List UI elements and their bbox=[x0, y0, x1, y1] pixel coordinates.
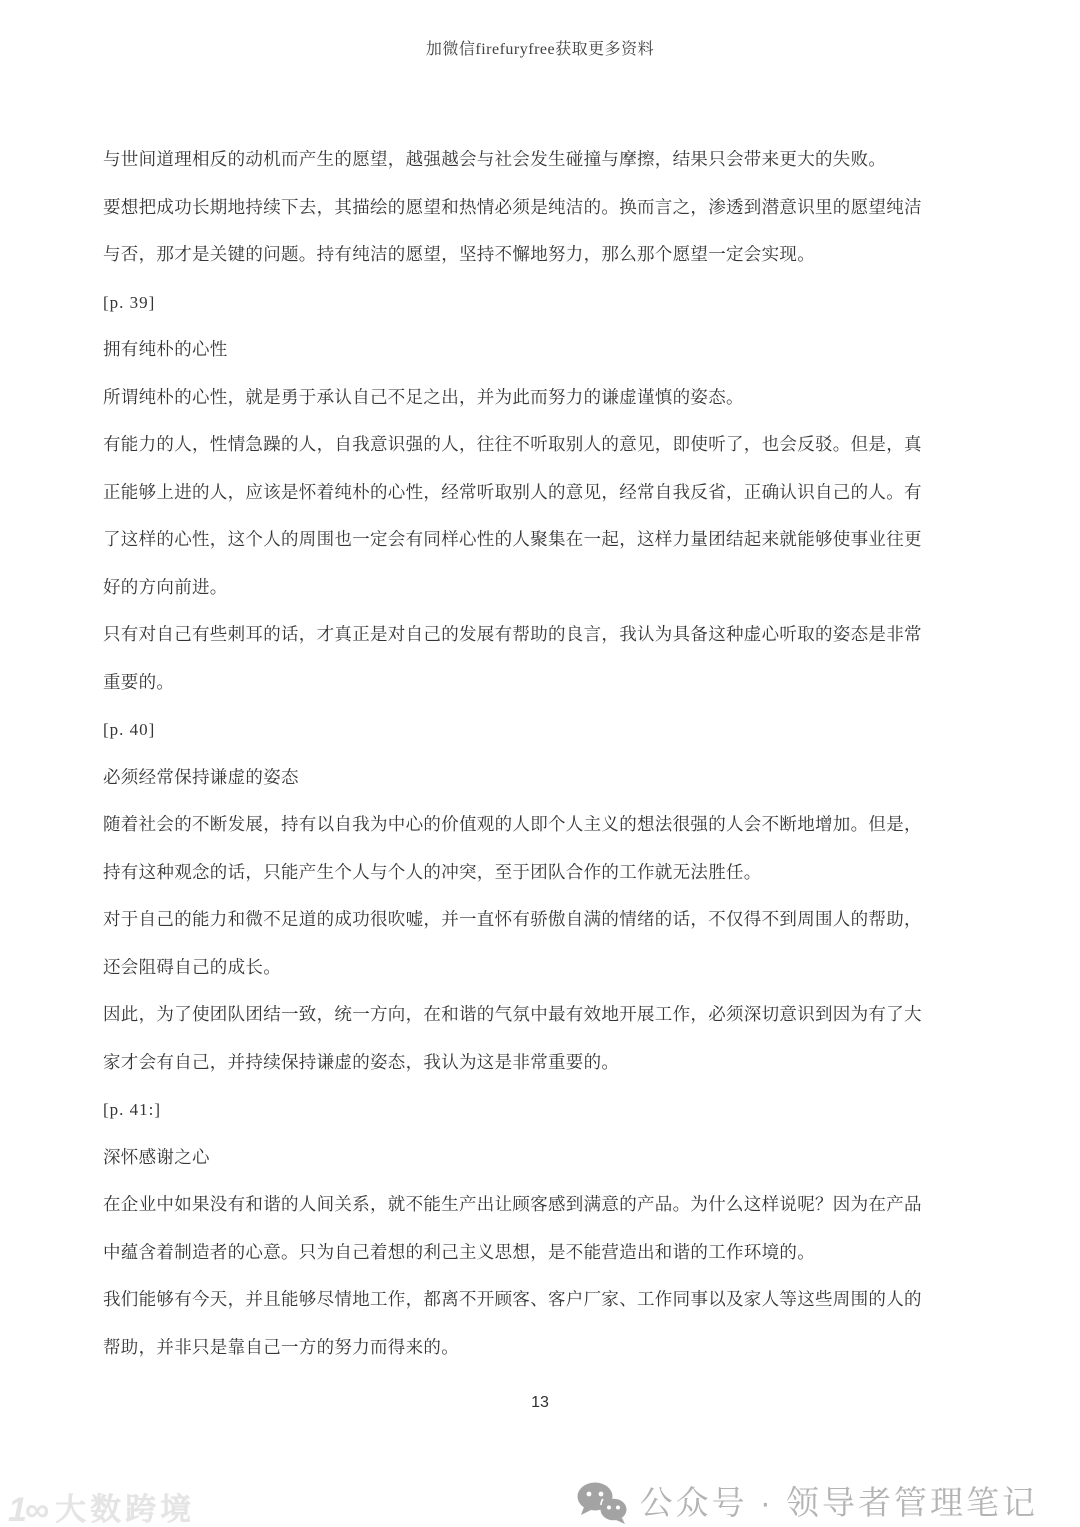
left-watermark: 1∞ 大数跨境 bbox=[8, 1493, 195, 1527]
text-line: 持有这种观念的话，只能产生个人与个人的冲突，至于团队合作的工作就无法胜任。 bbox=[103, 849, 983, 897]
text-line: [p. 41:] bbox=[103, 1086, 983, 1134]
document-body: 与世间道理相反的动机而产生的愿望，越强越会与社会发生碰撞与摩擦，结果只会带来更大… bbox=[103, 136, 983, 1371]
paragraph: 所谓纯朴的心性，就是勇于承认自己不足之出，并为此而努力的谦虚谨慎的姿态。 bbox=[103, 374, 983, 422]
paragraph: 对于自己的能力和微不足道的成功很吹嘘，并一直怀有骄傲自满的情绪的话，不仅得不到周… bbox=[103, 896, 983, 991]
text-line: 对于自己的能力和微不足道的成功很吹嘘，并一直怀有骄傲自满的情绪的话，不仅得不到周… bbox=[103, 896, 983, 944]
text-line: 在企业中如果没有和谐的人间关系，就不能生产出让顾客感到满意的产品。为什么这样说呢… bbox=[103, 1181, 983, 1229]
text-line: 必须经常保持谦虚的姿态 bbox=[103, 754, 983, 802]
paragraph: 要想把成功长期地持续下去，其描绘的愿望和热情必须是纯洁的。换而言之，渗透到潜意识… bbox=[103, 184, 983, 279]
document-page: 加微信firefuryfree获取更多资料 与世间道理相反的动机而产生的愿望，越… bbox=[0, 0, 1080, 1527]
wechat-icon bbox=[576, 1481, 628, 1525]
paragraph: 与世间道理相反的动机而产生的愿望，越强越会与社会发生碰撞与摩擦，结果只会带来更大… bbox=[103, 136, 983, 184]
text-line: 好的方向前进。 bbox=[103, 564, 983, 612]
text-line: 我们能够有今天，并且能够尽情地工作，都离不开顾客、客户厂家、工作同事以及家人等这… bbox=[103, 1276, 983, 1324]
page-reference: [p. 40] bbox=[103, 706, 983, 754]
paragraph: 我们能够有今天，并且能够尽情地工作，都离不开顾客、客户厂家、工作同事以及家人等这… bbox=[103, 1276, 983, 1371]
paragraph: 因此，为了使团队团结一致，统一方向，在和谐的气氛中最有效地开展工作，必须深切意识… bbox=[103, 991, 983, 1086]
paragraph: 只有对自己有些刺耳的话，才真正是对自己的发展有帮助的良言，我认为具备这种虚心听取… bbox=[103, 611, 983, 706]
text-line: 重要的。 bbox=[103, 659, 983, 707]
right-watermark-text: 公众号 · 领导者管理笔记 bbox=[640, 1483, 1038, 1523]
page-reference: [p. 39] bbox=[103, 279, 983, 327]
page-number: 13 bbox=[0, 1394, 1080, 1412]
text-line: 了这样的心性，这个人的周围也一定会有同样心性的人聚集在一起，这样力量团结起来就能… bbox=[103, 516, 983, 564]
left-watermark-text: 大数跨境 bbox=[55, 1493, 195, 1527]
text-line: [p. 40] bbox=[103, 706, 983, 754]
section-heading: 拥有纯朴的心性 bbox=[103, 326, 983, 374]
text-line: 正能够上进的人，应该是怀着纯朴的心性，经常听取别人的意见，经常自我反省，正确认识… bbox=[103, 469, 983, 517]
text-line: 只有对自己有些刺耳的话，才真正是对自己的发展有帮助的良言，我认为具备这种虚心听取… bbox=[103, 611, 983, 659]
text-line: 还会阻碍自己的成长。 bbox=[103, 944, 983, 992]
header-watermark-text: 加微信firefuryfree获取更多资料 bbox=[0, 36, 1080, 59]
text-line: 家才会有自己，并持续保持谦虚的姿态，我认为这是非常重要的。 bbox=[103, 1039, 983, 1087]
right-watermark: 公众号 · 领导者管理笔记 bbox=[576, 1481, 1038, 1525]
text-line: [p. 39] bbox=[103, 279, 983, 327]
text-line: 中蕴含着制造者的心意。只为自己着想的利己主义思想，是不能营造出和谐的工作环境的。 bbox=[103, 1229, 983, 1277]
section-heading: 必须经常保持谦虚的姿态 bbox=[103, 754, 983, 802]
paragraph: 有能力的人，性情急躁的人，自我意识强的人，往往不听取别人的意见，即使听了，也会反… bbox=[103, 421, 983, 611]
text-line: 所谓纯朴的心性，就是勇于承认自己不足之出，并为此而努力的谦虚谨慎的姿态。 bbox=[103, 374, 983, 422]
text-line: 要想把成功长期地持续下去，其描绘的愿望和热情必须是纯洁的。换而言之，渗透到潜意识… bbox=[103, 184, 983, 232]
dashu-100-logo-icon: 1∞ bbox=[8, 1493, 47, 1527]
page-reference: [p. 41:] bbox=[103, 1086, 983, 1134]
text-line: 与世间道理相反的动机而产生的愿望，越强越会与社会发生碰撞与摩擦，结果只会带来更大… bbox=[103, 136, 983, 184]
paragraph: 随着社会的不断发展，持有以自我为中心的价值观的人即个人主义的想法很强的人会不断地… bbox=[103, 801, 983, 896]
text-line: 拥有纯朴的心性 bbox=[103, 326, 983, 374]
text-line: 随着社会的不断发展，持有以自我为中心的价值观的人即个人主义的想法很强的人会不断地… bbox=[103, 801, 983, 849]
section-heading: 深怀感谢之心 bbox=[103, 1134, 983, 1182]
text-line: 深怀感谢之心 bbox=[103, 1134, 983, 1182]
text-line: 有能力的人，性情急躁的人，自我意识强的人，往往不听取别人的意见，即使听了，也会反… bbox=[103, 421, 983, 469]
text-line: 因此，为了使团队团结一致，统一方向，在和谐的气氛中最有效地开展工作，必须深切意识… bbox=[103, 991, 983, 1039]
text-line: 帮助，并非只是靠自己一方的努力而得来的。 bbox=[103, 1324, 983, 1372]
paragraph: 在企业中如果没有和谐的人间关系，就不能生产出让顾客感到满意的产品。为什么这样说呢… bbox=[103, 1181, 983, 1276]
text-line: 与否，那才是关键的问题。持有纯洁的愿望，坚持不懈地努力，那么那个愿望一定会实现。 bbox=[103, 231, 983, 279]
